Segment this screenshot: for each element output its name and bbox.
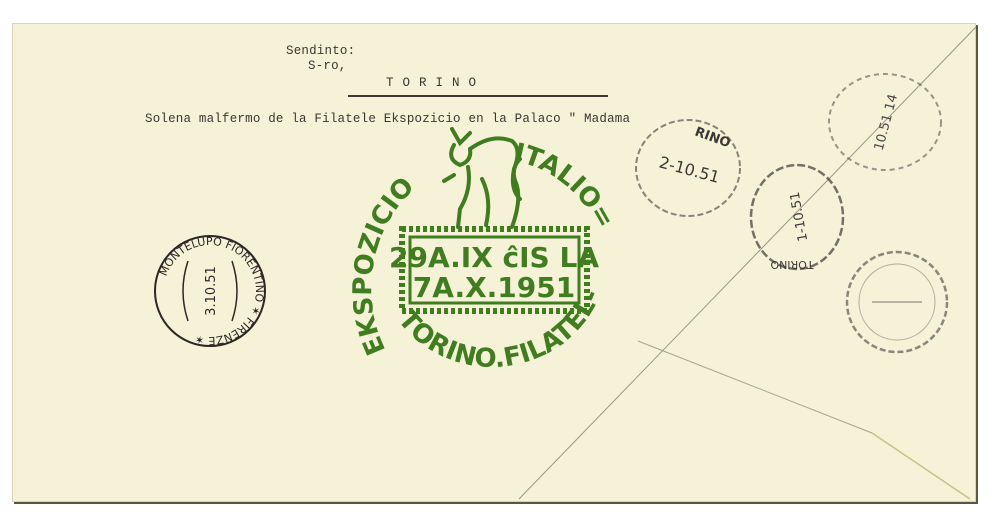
underline-rule <box>348 95 608 97</box>
torino-postmark-1: RINO 2-10.51 <box>628 113 748 223</box>
city-text: TORINO <box>386 76 485 90</box>
svg-text:RINO: RINO <box>693 125 733 152</box>
bull-icon <box>444 129 520 227</box>
svg-text:2-10.51: 2-10.51 <box>657 153 722 187</box>
cancel-date-line-2: 7A.X.1951 <box>413 271 575 304</box>
sender-name: S-ro, <box>308 59 347 73</box>
sender-label: Sendinto: <box>286 44 355 58</box>
svg-text:3.10.51: 3.10.51 <box>204 266 219 316</box>
cancel-text-right: ITALIO= <box>511 138 620 233</box>
cancel-date-line-1: 29A.IX ĉIS LA <box>389 241 599 274</box>
envelope: Sendinto: S-ro, TORINO Solena malfermo d… <box>12 23 976 502</box>
postmark-top-right: 10.51 14 <box>820 67 950 177</box>
postmark-right <box>842 247 952 357</box>
montelupo-fiorentino-postmark: MONTELUPO FIORENTINO ✶ FIRENZE ✶ 3.10.51 <box>150 231 270 351</box>
svg-text:TORINO: TORINO <box>770 258 814 271</box>
svg-text:10.51 14: 10.51 14 <box>872 92 901 152</box>
svg-text:1-10.51: 1-10.51 <box>788 191 811 243</box>
commemorative-cancel: EKSPOZICIO ITALIO= 29A.IX ĉIS LA 7A.X.19… <box>342 119 642 399</box>
